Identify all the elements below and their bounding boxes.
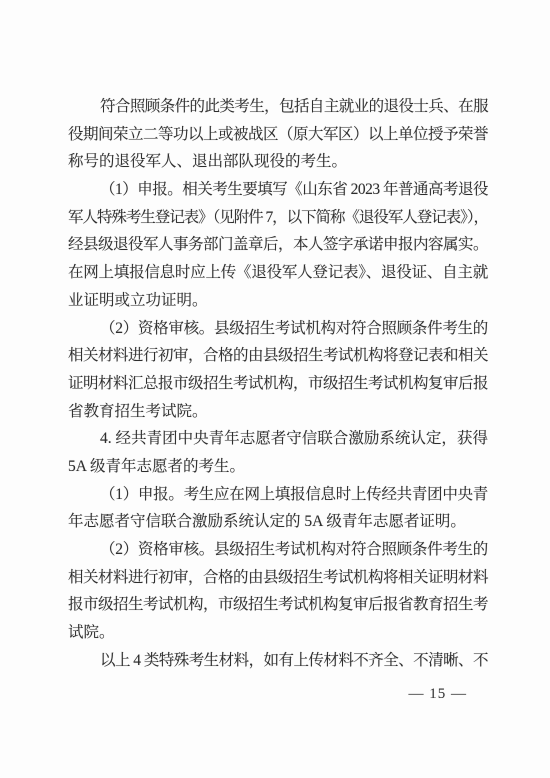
text-line: 役期间荣立二等功以上或被战区（原大军区）以上单位授予荣誉 xyxy=(68,121,488,149)
text-line: 证明材料汇总报市级招生考试机构，市级招生考试机构复审后报 xyxy=(68,370,488,398)
text-line: 军人特殊考生登记表》（见附件 7，以下简称《退役军人登记表》）， xyxy=(68,204,488,232)
text-line: 经县级退役军人事务部门盖章后，本人签字承诺申报内容属实。 xyxy=(68,231,488,259)
text-line: 相关材料进行初审，合格的由县级招生考试机构将相关证明材料 xyxy=(68,564,488,592)
text-line: 试院。 xyxy=(68,619,488,647)
text-line: 报市级招生考试机构，市级招生考试机构复审后报省教育招生考 xyxy=(68,591,488,619)
page-number: — 15 — xyxy=(409,684,468,704)
text-line: （1）申报。相关考生要填写《山东省 2023 年普通高考退役 xyxy=(68,176,488,204)
text-line: （2）资格审核。县级招生考试机构对符合照顾条件考生的 xyxy=(68,536,488,564)
text-line: 以上 4 类特殊考生材料，如有上传材料不齐全、不清晰、不 xyxy=(68,647,488,675)
text-line: 5A 级青年志愿者的考生。 xyxy=(68,453,488,481)
text-line: 符合照顾条件的此类考生，包括自主就业的退役士兵、在服 xyxy=(68,93,488,121)
body-text: 符合照顾条件的此类考生，包括自主就业的退役士兵、在服 役期间荣立二等功以上或被战… xyxy=(68,93,488,674)
text-line: 4. 经共青团中央青年志愿者守信联合激励系统认定，获得 xyxy=(68,425,488,453)
text-line: 年志愿者守信联合激励系统认定的 5A 级青年志愿者证明。 xyxy=(68,508,488,536)
text-line: （1）申报。考生应在网上填报信息时上传经共青团中央青 xyxy=(68,481,488,509)
text-line: 业证明或立功证明。 xyxy=(68,287,488,315)
document-page: 符合照顾条件的此类考生，包括自主就业的退役士兵、在服 役期间荣立二等功以上或被战… xyxy=(0,0,550,778)
text-line: （2）资格审核。县级招生考试机构对符合照顾条件考生的 xyxy=(68,315,488,343)
text-line: 在网上填报信息时应上传《退役军人登记表》、退役证、自主就 xyxy=(68,259,488,287)
text-line: 相关材料进行初审，合格的由县级招生考试机构将登记表和相关 xyxy=(68,342,488,370)
text-line: 省教育招生考试院。 xyxy=(68,398,488,426)
text-line: 称号的退役军人、退出部队现役的考生。 xyxy=(68,148,488,176)
